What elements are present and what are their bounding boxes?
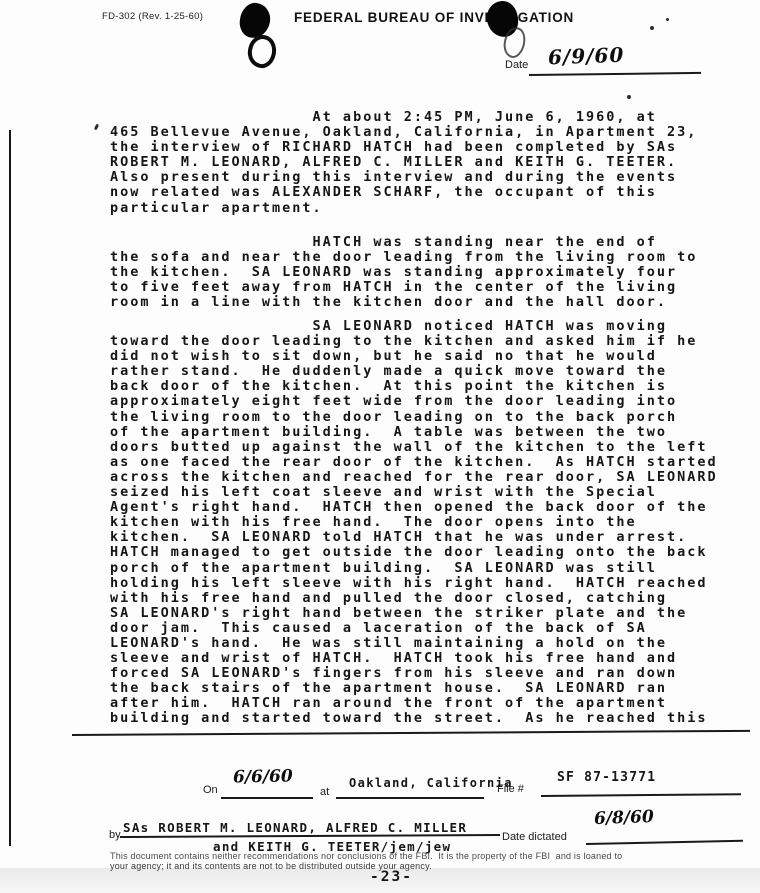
body-text-line: the back stairs of the apartment house. … bbox=[110, 681, 718, 696]
body-text-line: to five feet away from HATCH in the cent… bbox=[110, 280, 697, 295]
body-text-line: approximately eight feet wide from the d… bbox=[110, 394, 718, 409]
body-text-line: SA LEONARD's right hand between the stri… bbox=[110, 606, 718, 621]
body-text-line: 465 Bellevue Avenue, Oakland, California… bbox=[110, 125, 697, 140]
body-text-line: after him. HATCH ran around the front of… bbox=[110, 696, 718, 711]
date-dictated-value: 6/8/60 bbox=[594, 807, 654, 829]
body-text-line: building and started toward the street. … bbox=[110, 711, 718, 726]
body-text-line: Also present during this interview and d… bbox=[110, 170, 697, 185]
body-text-line: did not wish to sit down, but he said no… bbox=[110, 349, 718, 364]
file-number-label: File # bbox=[497, 783, 524, 795]
body-text-line: toward the door leading to the kitchen a… bbox=[110, 334, 718, 349]
scan-speckle bbox=[650, 26, 654, 30]
date-label: Date bbox=[505, 59, 528, 71]
date-value: 6/9/60 bbox=[548, 43, 625, 70]
body-text-line: HATCH managed to get outside the door le… bbox=[110, 545, 718, 560]
body-text-line: holding his left sleeve with his right h… bbox=[110, 576, 718, 591]
by-label: by bbox=[109, 829, 121, 841]
form-number: FD-302 (Rev. 1-25-60) bbox=[102, 11, 203, 22]
body-paragraph-3: SA LEONARD noticed HATCH was movingtowar… bbox=[110, 319, 718, 727]
file-number-value: SF 87-13771 bbox=[557, 770, 656, 785]
file-number-underline bbox=[541, 793, 741, 797]
at-label: at bbox=[320, 786, 329, 798]
body-text-line: the kitchen. SA LEONARD was standing app… bbox=[110, 265, 697, 280]
body-text-line: the sofa and near the door leading from … bbox=[110, 250, 697, 265]
body-text-line: ROBERT M. LEONARD, ALFRED C. MILLER and … bbox=[110, 155, 697, 170]
body-text-line: Agent's right hand. HATCH then opened th… bbox=[110, 500, 718, 515]
redaction-blob-left bbox=[238, 1, 273, 40]
on-underline bbox=[221, 797, 313, 799]
body-text-line: At about 2:45 PM, June 6, 1960, at bbox=[110, 110, 697, 125]
date-dictated-label: Date dictated bbox=[502, 831, 567, 843]
body-text-line: kitchen. SA LEONARD told HATCH that he w… bbox=[110, 530, 718, 545]
disclaimer-line1: This document contains neither recommend… bbox=[110, 851, 622, 861]
body-text-line: rather stand. He duddenly made a quick m… bbox=[110, 364, 718, 379]
at-underline bbox=[336, 797, 484, 799]
date-dictated-underline bbox=[586, 840, 743, 845]
body-text-line: seized his left coat sleeve and wrist wi… bbox=[110, 485, 718, 500]
location-value: Oakland, California bbox=[349, 776, 513, 790]
fd-302-document-scan: FD-302 (Rev. 1-25-60) FEDERAL BUREAU OF … bbox=[0, 0, 760, 893]
body-text-line: forced SA LEONARD's fingers from his sle… bbox=[110, 666, 718, 681]
body-text-line: particular apartment. bbox=[110, 201, 697, 216]
body-text-line: porch of the apartment building. SA LEON… bbox=[110, 561, 718, 576]
body-text-line: the interview of RICHARD HATCH had been … bbox=[110, 140, 697, 155]
page-number: -23- bbox=[370, 869, 413, 885]
scan-edge-line bbox=[9, 130, 11, 846]
body-text-line: HATCH was standing near the end of bbox=[110, 235, 697, 250]
body-text-line: back door of the kitchen. At this point … bbox=[110, 379, 718, 394]
date-underline bbox=[529, 72, 701, 76]
body-text-line: door jam. This caused a laceration of th… bbox=[110, 621, 718, 636]
on-date-value: 6/6/60 bbox=[233, 766, 293, 787]
footer-separator-line bbox=[72, 730, 750, 736]
agents-names-line1: SAs ROBERT M. LEONARD, ALFRED C. MILLER bbox=[123, 820, 467, 835]
body-paragraph-1: At about 2:45 PM, June 6, 1960, at465 Be… bbox=[110, 110, 697, 216]
body-text-line: the living room to the door leading on t… bbox=[110, 410, 718, 425]
body-text-line: LEONARD's hand. He was still maintaining… bbox=[110, 636, 718, 651]
page-title: FEDERAL BUREAU OF INVESTIGATION bbox=[294, 10, 574, 25]
scan-speckle bbox=[94, 124, 99, 131]
body-text-line: of the apartment building. A table was b… bbox=[110, 425, 718, 440]
body-text-line: sleeve and wrist of HATCH. HATCH took hi… bbox=[110, 651, 718, 666]
body-text-line: room in a line with the kitchen door and… bbox=[110, 295, 697, 310]
body-text-line: SA LEONARD noticed HATCH was moving bbox=[110, 319, 718, 334]
body-text-line: across the kitchen and reached for the r… bbox=[110, 470, 718, 485]
body-text-line: doors butted up against the wall of the … bbox=[110, 440, 718, 455]
scan-speckle bbox=[627, 95, 631, 99]
body-text-line: kitchen with his free hand. The door ope… bbox=[110, 515, 718, 530]
stamp-circle-left-icon bbox=[245, 32, 279, 70]
body-text-line: as one faced the rear door of the kitche… bbox=[110, 455, 718, 470]
body-paragraph-2: HATCH was standing near the end ofthe so… bbox=[110, 235, 697, 310]
body-text-line: now related was ALEXANDER SCHARF, the oc… bbox=[110, 185, 697, 200]
body-text-line: with his free hand and pulled the door c… bbox=[110, 591, 718, 606]
scan-speckle bbox=[666, 18, 669, 21]
on-label: On bbox=[203, 784, 218, 796]
